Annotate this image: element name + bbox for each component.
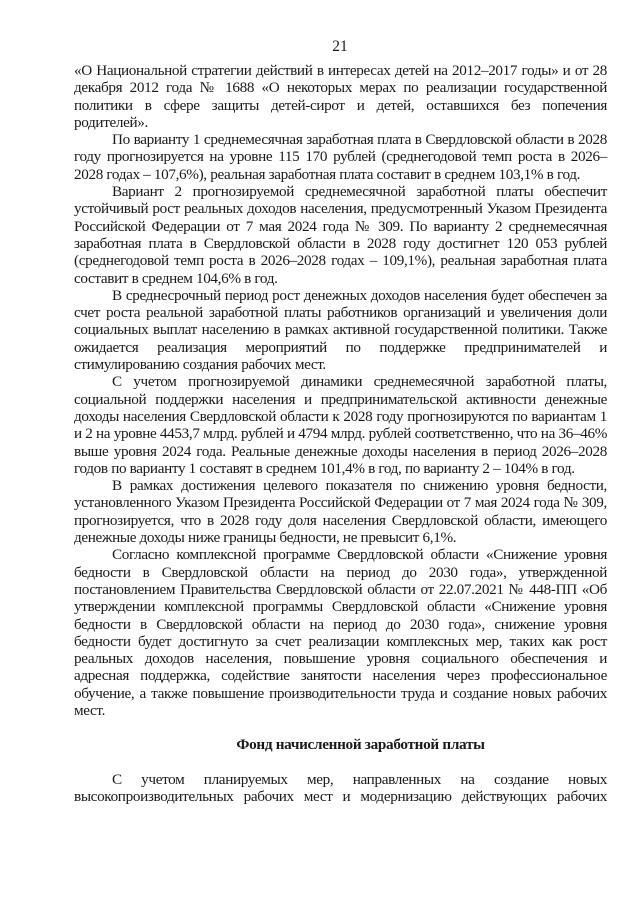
paragraph-wage-variant-2: Вариант 2 прогнозируемой среднемесячной … [74, 183, 607, 287]
paragraph-wage-fund: С учетом планируемых мер, направленных н… [74, 771, 607, 806]
paragraph-poverty-target: В рамках достижения целевого показателя … [74, 477, 607, 546]
paragraph-poverty-program: Согласно комплексной программе Свердловс… [74, 546, 607, 719]
paragraph-wage-variant-1: По варианту 1 среднемесячная заработная … [74, 131, 607, 183]
paragraph-income-forecast: С учетом прогнозируемой динамики среднем… [74, 373, 607, 477]
section-heading: Фонд начисленной заработной платы [74, 736, 607, 753]
page-number: 21 [0, 38, 640, 55]
paragraph-income-growth: В среднесрочный период рост денежных дох… [74, 287, 607, 373]
document-body: «О Национальной стратегии действий в инт… [74, 62, 607, 805]
paragraph-continuation: «О Национальной стратегии действий в инт… [74, 62, 607, 131]
